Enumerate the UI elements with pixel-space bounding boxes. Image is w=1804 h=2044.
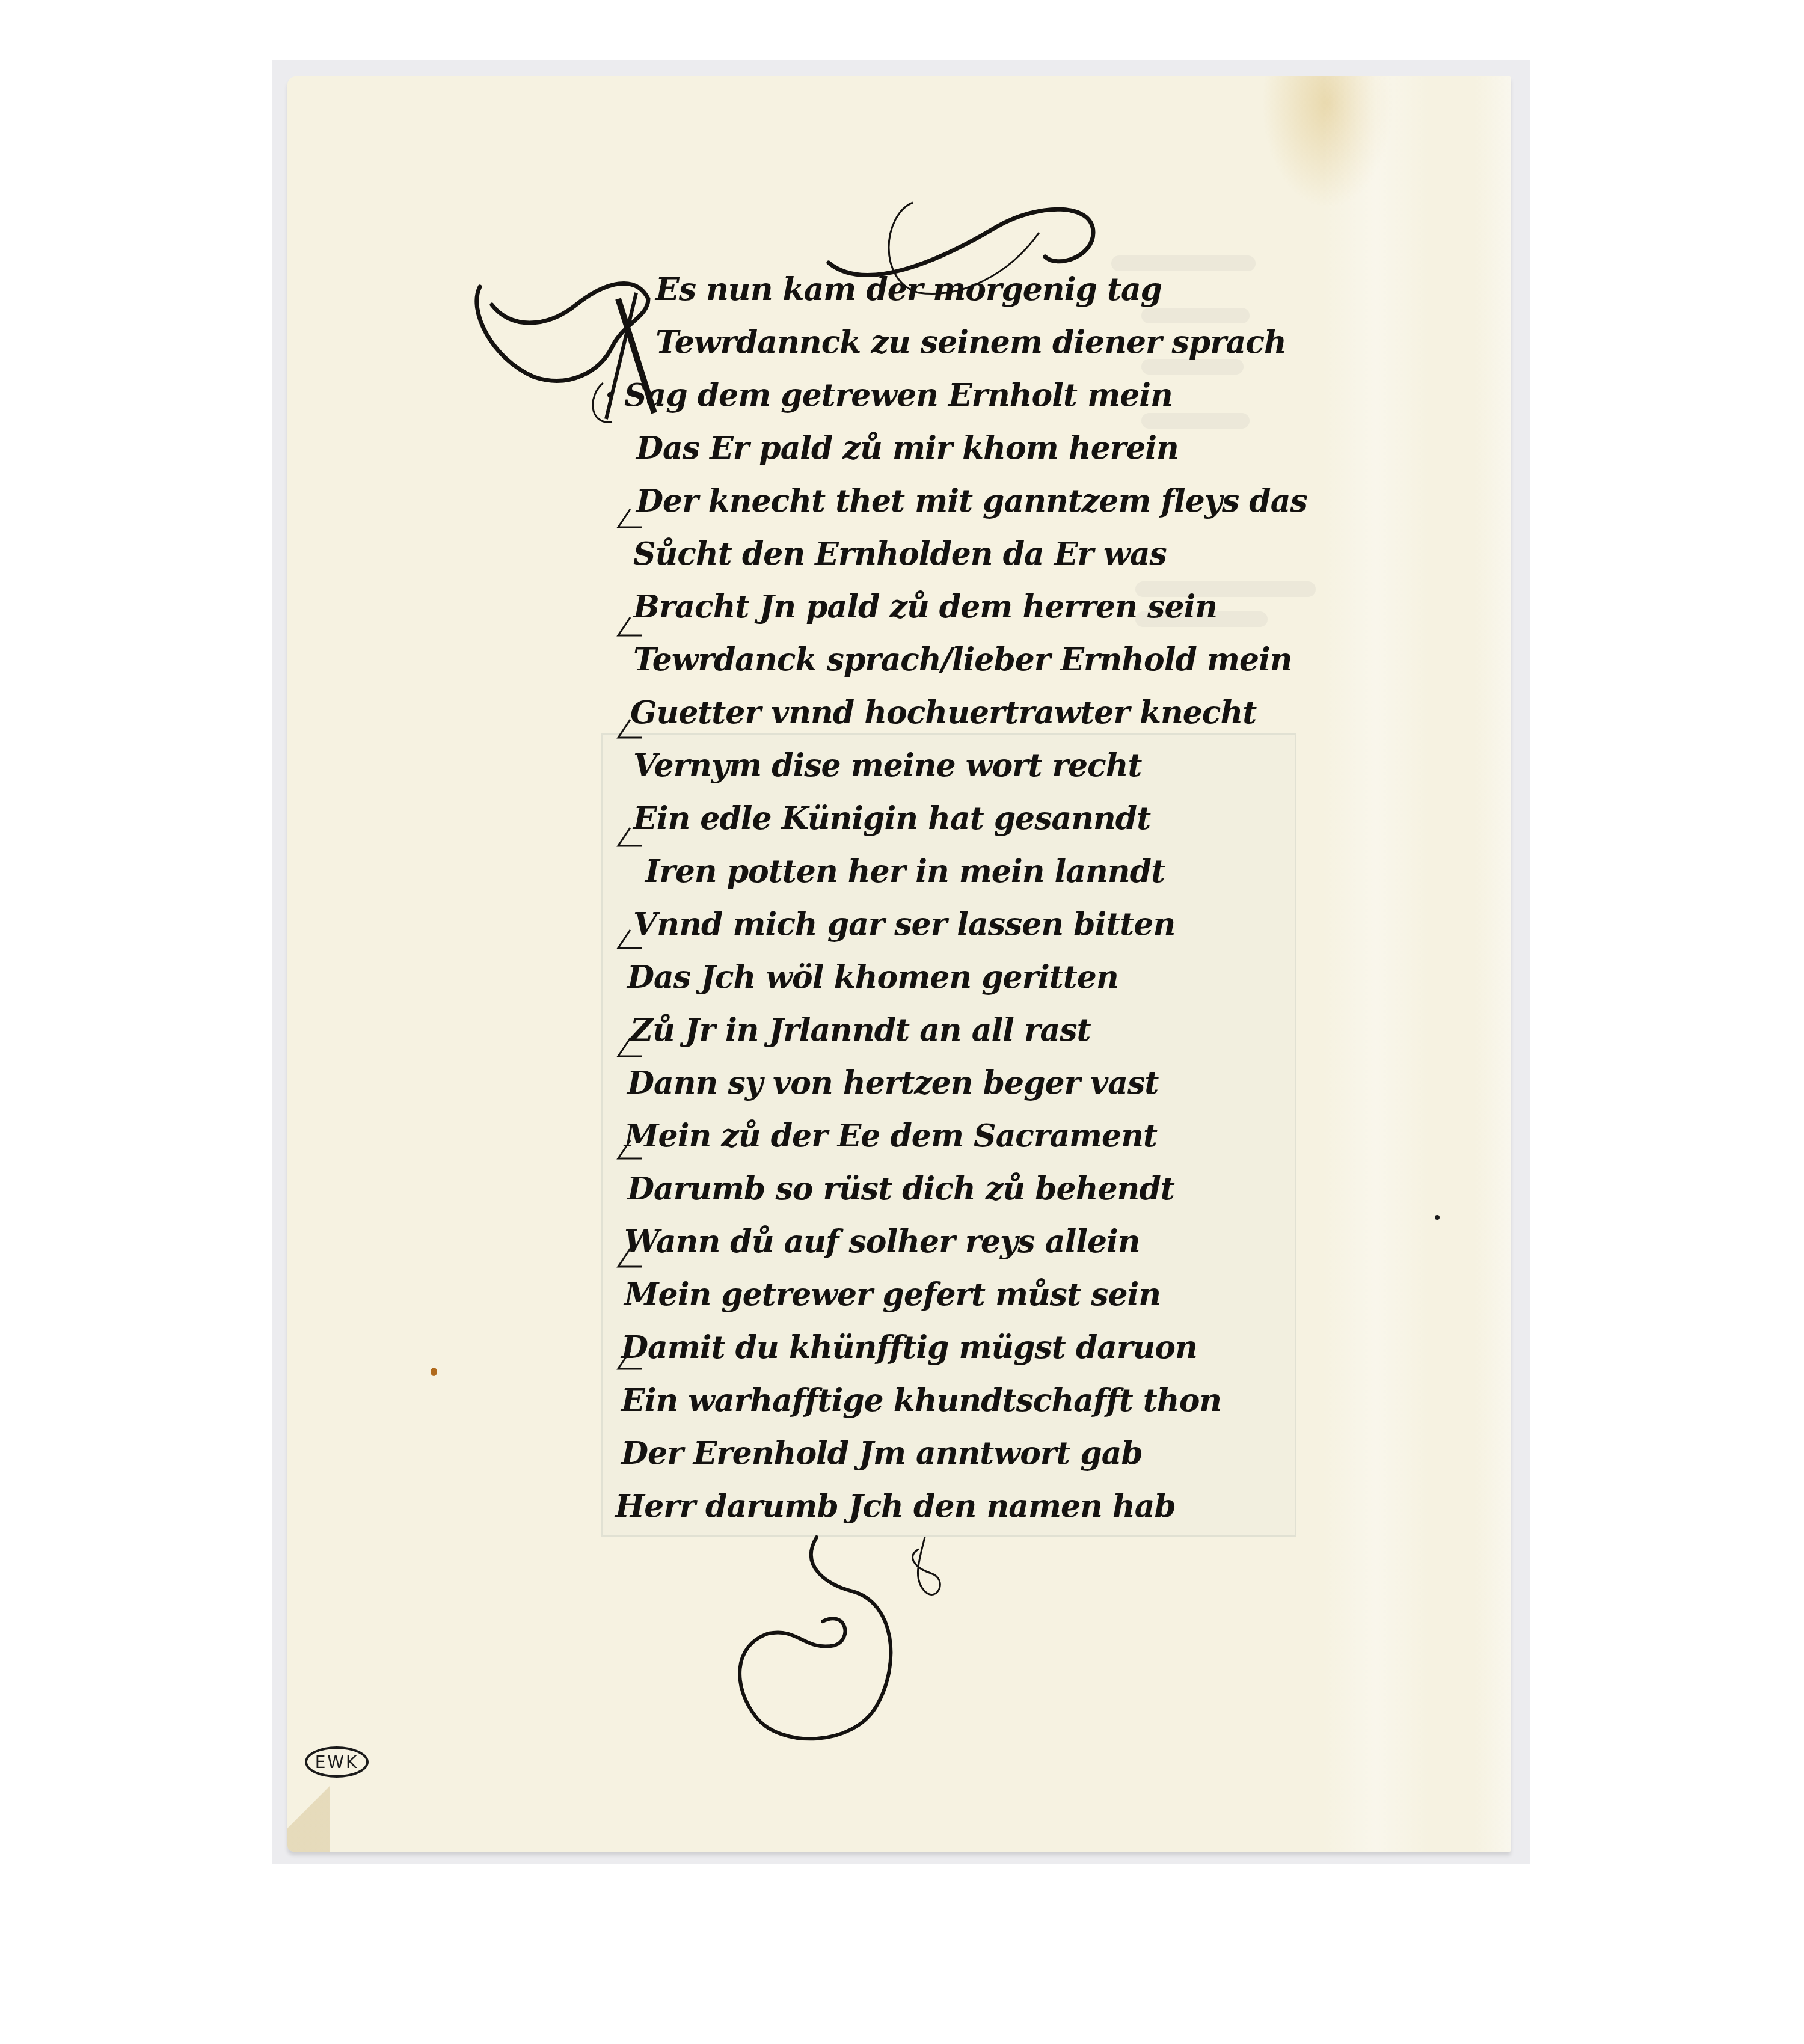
verse-line: Guetter vnnd hochuertrawter knecht bbox=[630, 695, 1256, 731]
verse-line: Wann dů auf solher reys allein bbox=[624, 1224, 1140, 1260]
verse-line: Ein warhafftige khundtschafft thon bbox=[621, 1383, 1221, 1419]
verse-line: Herr darumb Jch den namen hab bbox=[615, 1489, 1176, 1525]
verse-line: Sag dem getrewen Ernholt mein bbox=[624, 378, 1173, 414]
verse-line: Das Jch wöl khomen geritten bbox=[627, 959, 1118, 996]
verse-line: Damit du khünfftig mügst daruon bbox=[621, 1330, 1197, 1366]
foxing-spot bbox=[431, 1368, 437, 1376]
verse-line: Mein zů der Ee dem Sacrament bbox=[624, 1118, 1157, 1154]
verse-line: Vnnd mich gar ser lassen bitten bbox=[633, 907, 1175, 943]
verse-line: Dann sy von hertzen beger vast bbox=[627, 1065, 1158, 1101]
ink-dot bbox=[1435, 1215, 1440, 1220]
book-leaf: Es nun kam der morgenig tag Tewrdannck z… bbox=[287, 76, 1511, 1852]
verse-line: Tewrdannck zu seinem diener sprach bbox=[655, 325, 1286, 361]
verse-line: Der knecht thet mit ganntzem fleys das bbox=[636, 483, 1307, 519]
stamp-text: EWK bbox=[315, 1752, 359, 1772]
verse-line: Bracht Jn pald zů dem herren sein bbox=[633, 589, 1217, 625]
verse-line: Tewrdanck sprach/lieber Ernhold mein bbox=[633, 642, 1292, 678]
verse-line: Vernym dise meine wort recht bbox=[633, 748, 1142, 784]
verse-line: Mein getrewer gefert můst sein bbox=[624, 1277, 1161, 1313]
verse-line: Iren potten her in mein lanndt bbox=[645, 854, 1165, 890]
verse-line: Es nun kam der morgenig tag bbox=[655, 272, 1162, 308]
verse-line: Das Er pald zů mir khom herein bbox=[636, 430, 1179, 467]
margin-marks bbox=[612, 437, 648, 1519]
verse-line: Sůcht den Ernholden da Er was bbox=[633, 536, 1167, 572]
verse-line: Der Erenhold Jm anntwort gab bbox=[621, 1436, 1143, 1472]
verse-line: Ein edle Künigin hat gesanndt bbox=[633, 801, 1150, 837]
verse-line: Darumb so rüst dich zů behendt bbox=[627, 1171, 1174, 1207]
verse-line: Zů Jr in Jrlanndt an all rast bbox=[630, 1012, 1090, 1048]
collector-stamp: EWK bbox=[305, 1746, 369, 1778]
bottom-flourish bbox=[696, 1531, 949, 1760]
